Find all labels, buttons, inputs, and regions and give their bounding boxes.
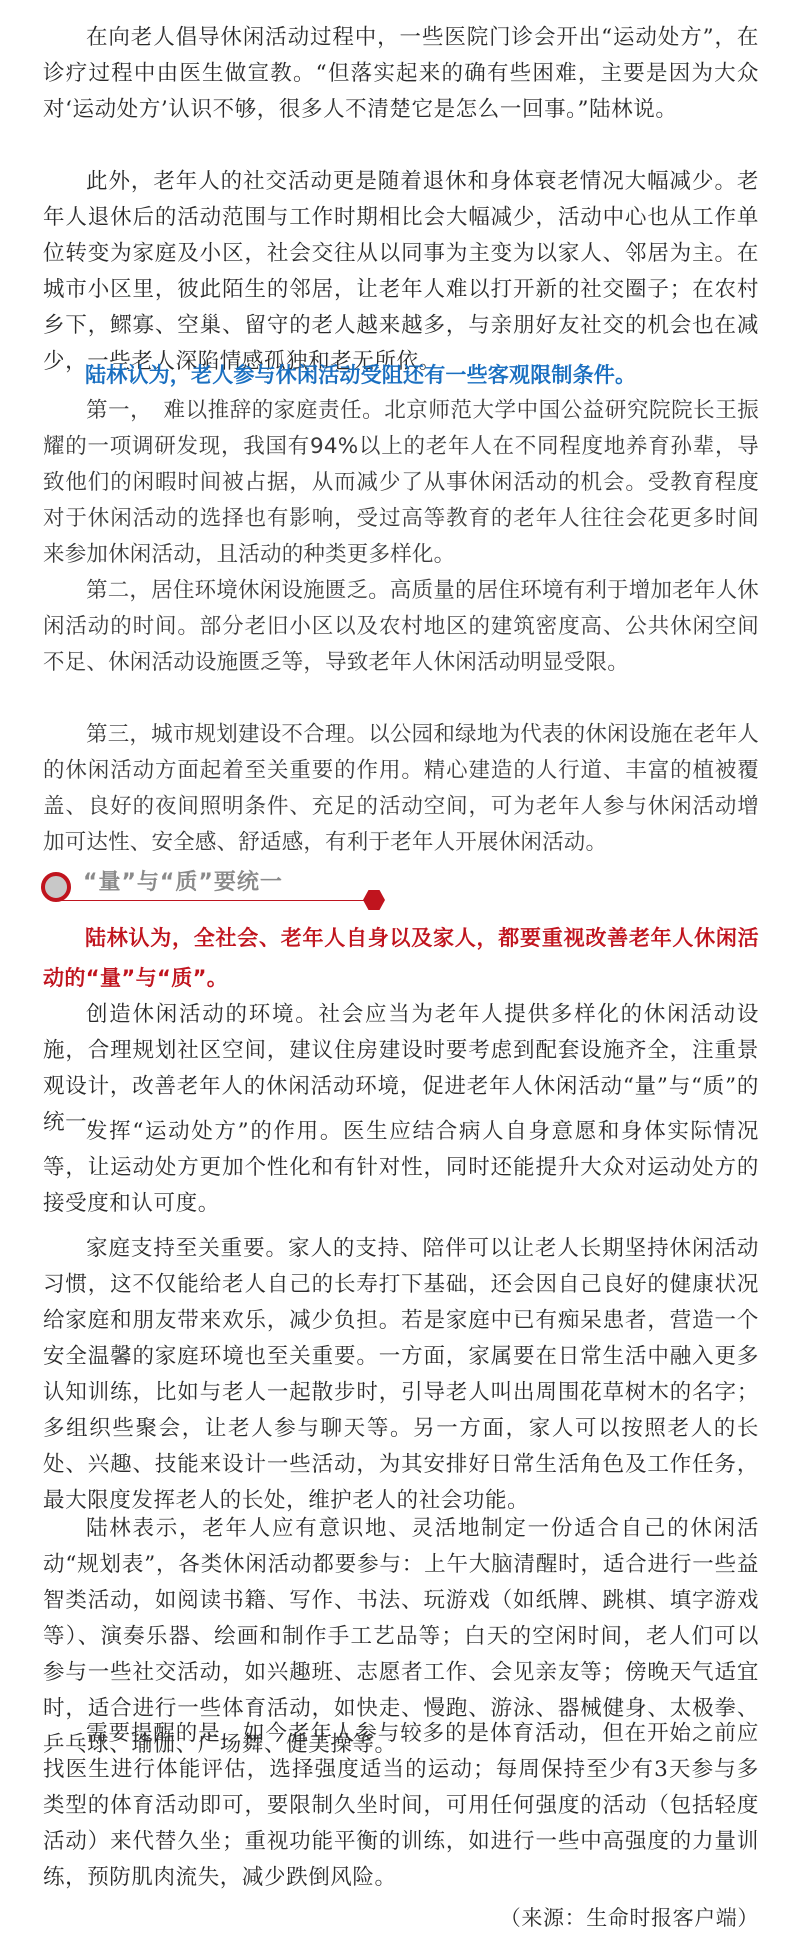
paragraph-exercise-reminder: 需要提醒的是，如今老年人参与较多的是体育活动，但在开始之前应找医生进行体能评估，… [43, 1716, 759, 1896]
heading-divider-line [53, 900, 373, 901]
lead-statement-red: 陆林认为，全社会、老年人自身以及家人，都要重视改善老年人休闲活动的“量”与“质”… [43, 918, 759, 998]
paragraph-family-responsibility: 第一， 难以推辞的家庭责任。北京师范大学中国公益研究院院长王振耀的一项调研发现，… [43, 393, 759, 573]
paragraph-urban-planning: 第三，城市规划建设不合理。以公园和绿地为代表的休闲设施在老年人的休闲活动方面起着… [43, 717, 759, 861]
source-credit: （来源：生命时报客户端） [500, 1900, 759, 1936]
ring-bullet-icon [41, 872, 71, 902]
paragraph-social-decline: 此外，老年人的社交活动更是随着退休和身体衰老情况大幅减少。老年人退休后的活动范围… [43, 164, 759, 380]
section-title: “量”与“质”要统一 [83, 870, 283, 896]
paragraph-living-environment: 第二，居住环境休闲设施匮乏。高质量的居住环境有利于增加老年人休闲活动的时间。部分… [43, 573, 759, 681]
paragraph-exercise-prescription: 发挥“运动处方”的作用。医生应结合病人自身意愿和身体实际情况等，让运动处方更加个… [43, 1114, 759, 1222]
paragraph-family-support: 家庭支持至关重要。家人的支持、陪伴可以让老人长期坚持休闲活动习惯，这不仅能给老人… [43, 1231, 759, 1519]
section-heading: “量”与“质”要统一 [33, 866, 393, 906]
hexagon-icon [363, 890, 385, 910]
lead-statement-blue: 陆林认为，老人参与休闲活动受阻还有一些客观限制条件。 [43, 357, 759, 393]
paragraph-sports-prescription-intro: 在向老人倡导休闲活动过程中，一些医院门诊会开出“运动处方”，在诊疗过程中由医生做… [43, 20, 759, 128]
